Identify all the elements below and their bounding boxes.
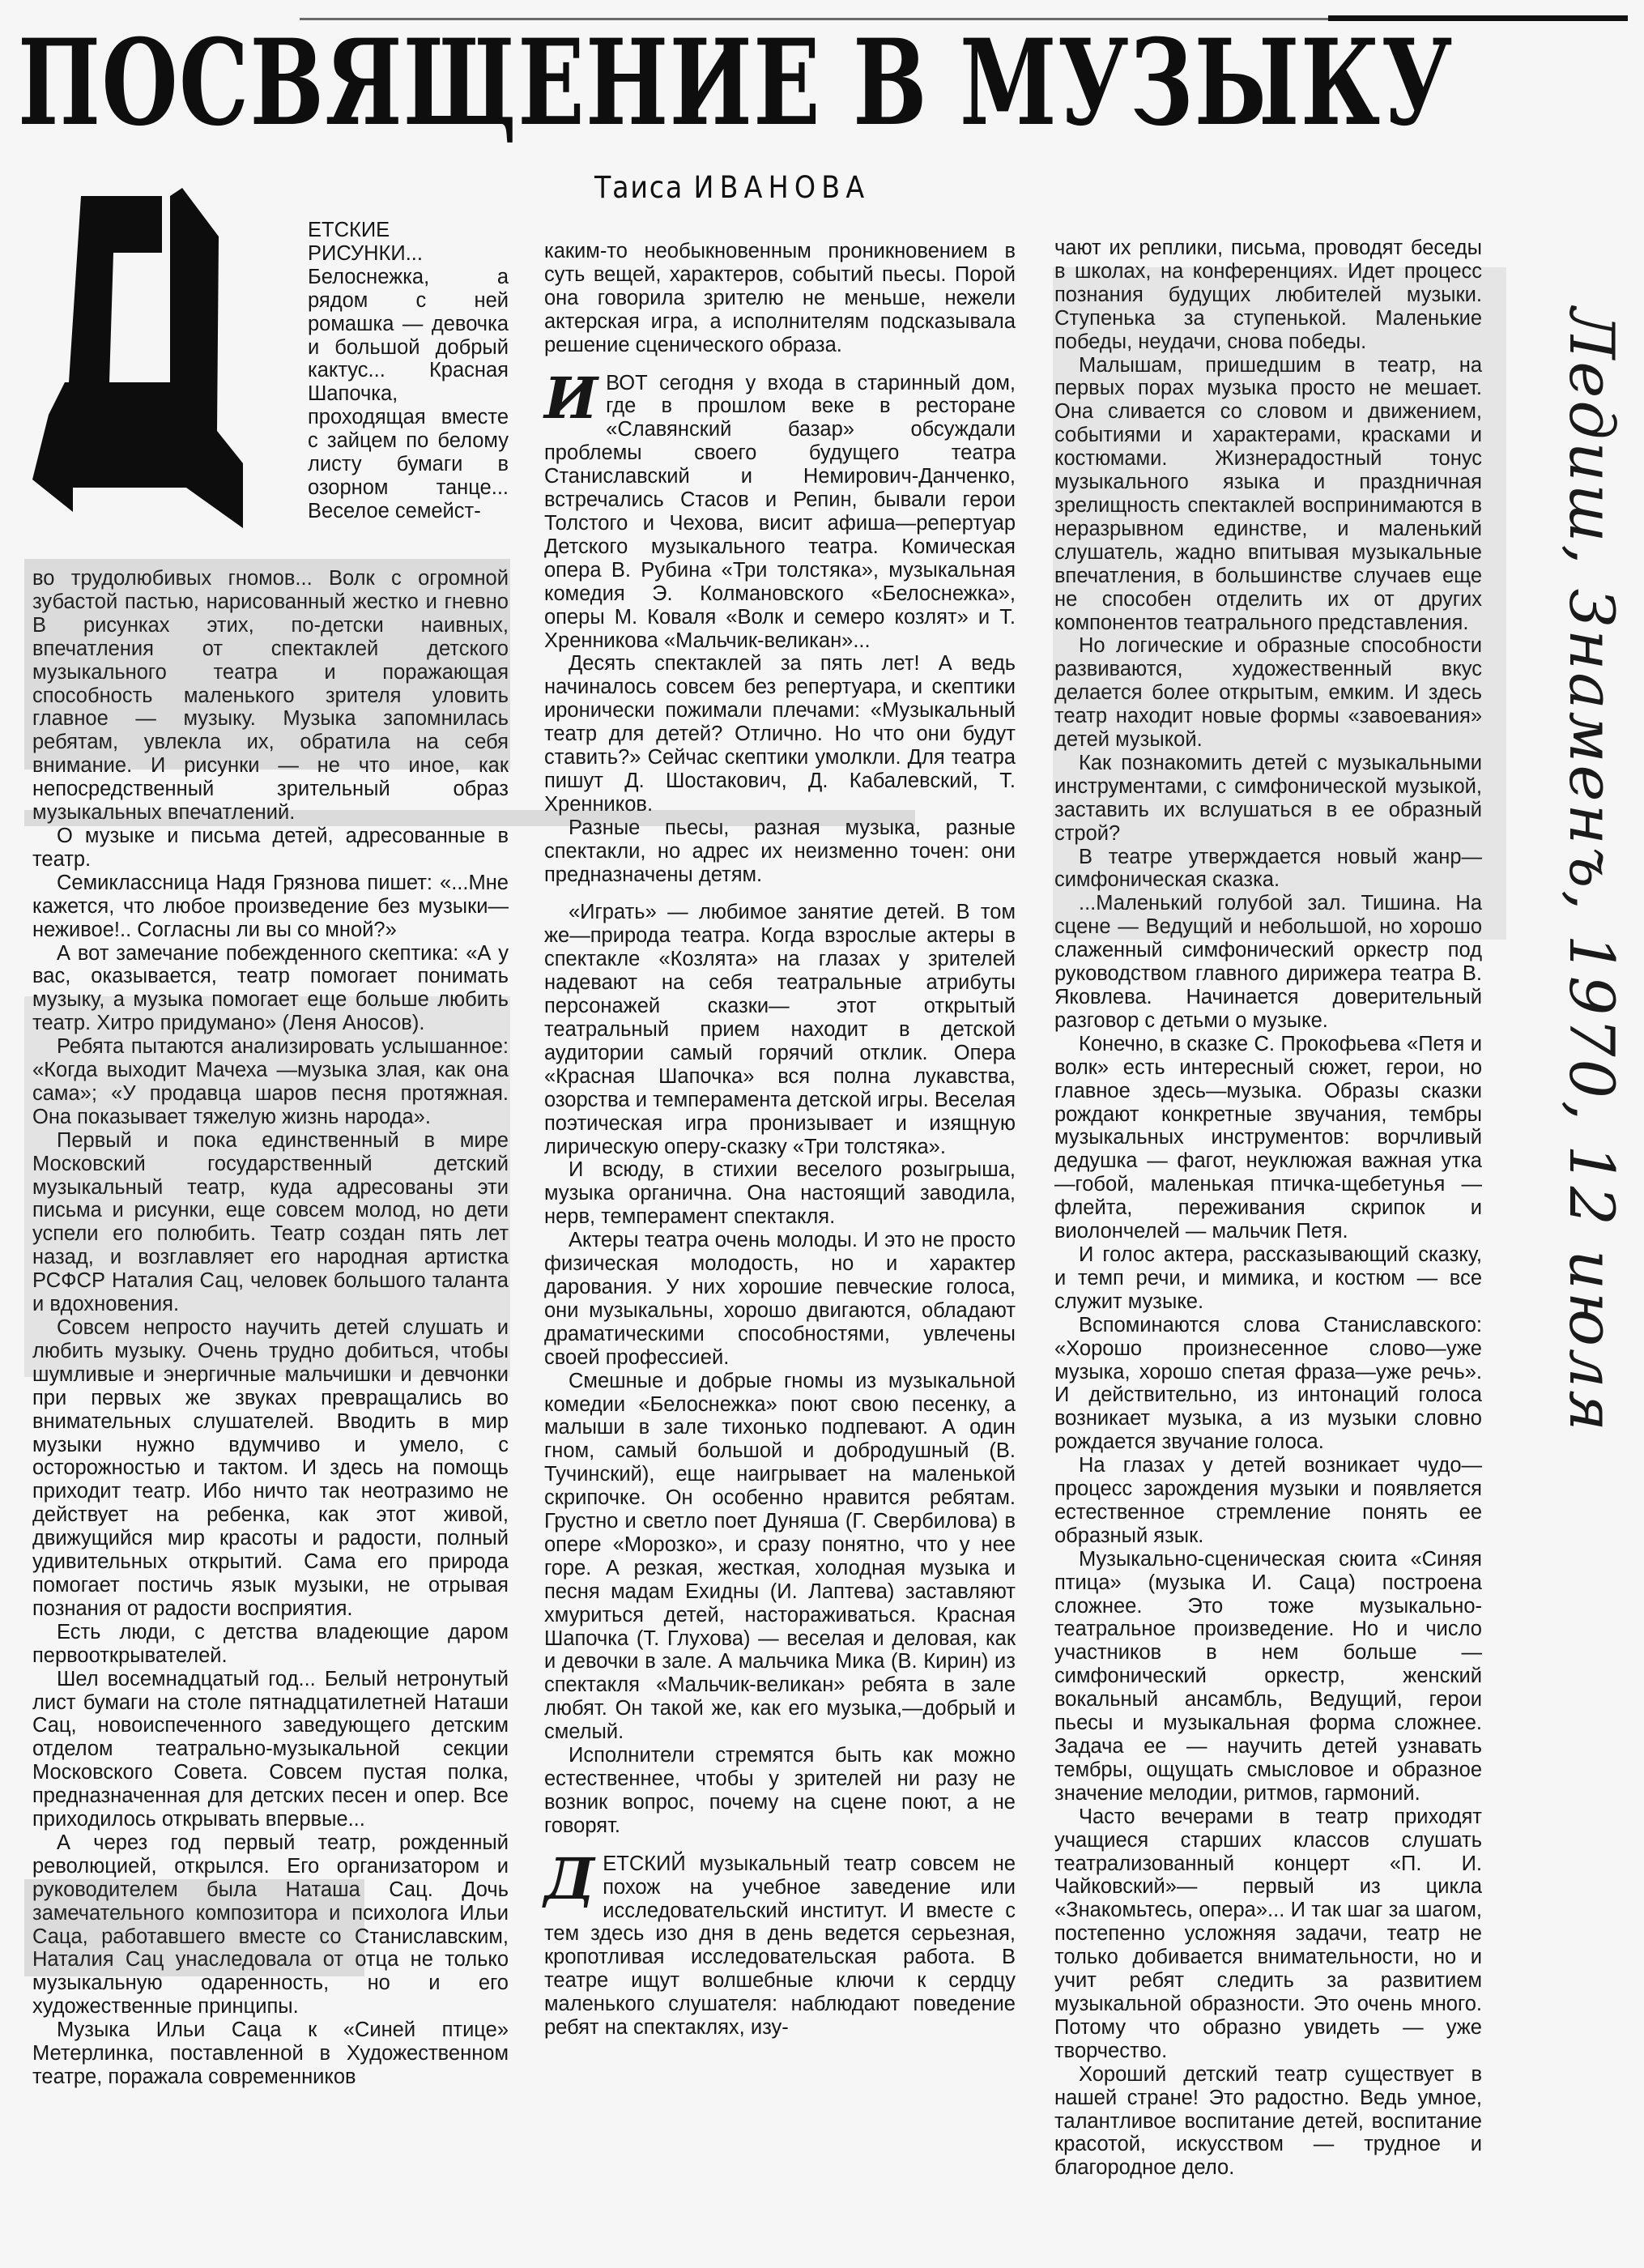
paragraph: «Играть» — любимое занятие детей. В том …: [544, 901, 1016, 1158]
paragraph: Исполнители стремятся быть как можно ест…: [544, 1744, 1016, 1838]
paragraph: каким-то необыкновенным проникновением в…: [544, 240, 1016, 357]
paragraph: Конечно, в сказке С. Прокофьева «Петя и …: [1054, 1033, 1482, 1243]
byline: Таиса ИВАНОВА: [594, 170, 870, 205]
paragraph: И всюду, в стихии веселого розыгрыша, му…: [544, 1158, 1016, 1229]
byline-last-name: ИВАНОВА: [693, 170, 870, 205]
section-dropcap: И: [544, 375, 598, 422]
paragraph-text: ВОТ сегодня у входа в старинный дом, где…: [544, 372, 1016, 652]
column-1: во трудолюбивых гномов... Волк с огромно…: [32, 567, 509, 2089]
paragraph: И голос актера, рассказывающий сказку, и…: [1054, 1243, 1482, 1314]
paragraph: О музыке и письма детей, адресованные в …: [32, 825, 509, 872]
paragraph: Первый и пока единственный в мире Москов…: [32, 1129, 509, 1316]
handwritten-date-note: Ледиш, Знаменъ, 1970, 12 июля: [1531, 308, 1628, 1328]
paragraph: Малышам, пришедшим в театр, на первых по…: [1054, 354, 1482, 635]
paragraph: Актеры театра очень молоды. И это не про…: [544, 1229, 1016, 1369]
column-2: каким-то необыкновенным проникновением в…: [544, 240, 1016, 2040]
dropcap-letter-icon: [32, 188, 292, 561]
paragraph: Семиклассница Надя Грязнова пишет: «...М…: [32, 872, 509, 942]
paragraph: Часто вечерами в театр приходят учащиеся…: [1054, 1805, 1482, 2063]
headline: ПОСВЯЩЕНИЕ В МУЗЫКУ: [18, 23, 1127, 144]
paragraph-text: ЕТСКИЙ музыкальный театр совсем не похож…: [544, 1852, 1016, 2039]
paragraph: Музыкально-сценическая сюита «Синяя птиц…: [1054, 1548, 1482, 1805]
byline-first-name: Таиса: [594, 170, 684, 205]
section-paragraph: Д ЕТСКИЙ музыкальный театр совсем не пох…: [544, 1852, 1016, 2040]
paragraph: Ребята пытаются анализировать услышанное…: [32, 1035, 509, 1129]
paragraph: Вспоминаются слова Станиславского: «Хоро…: [1054, 1314, 1482, 1454]
paragraph: Хороший детский театр существует в нашей…: [1054, 2063, 1482, 2181]
paragraph: Шел восемнадцатый год... Белый нетронуты…: [32, 1668, 509, 1831]
paragraph: А через год первый театр, рожденный рево…: [32, 1831, 509, 2019]
paragraph: Смешные и добрые гномы из музыкальной ко…: [544, 1370, 1016, 1745]
paragraph: В театре утверждается новый жанр— симфон…: [1054, 846, 1482, 893]
section-dropcap: Д: [544, 1856, 594, 1903]
column-3: чают их реплики, письма, проводят беседы…: [1054, 237, 1482, 2180]
paragraph: Совсем непросто научить детей слушать и …: [32, 1316, 509, 1621]
section-paragraph: И ВОТ сегодня у входа в старинный дом, г…: [544, 372, 1016, 653]
paragraph: Разные пьесы, разная музыка, разные спек…: [544, 816, 1016, 887]
paragraph: ...Маленький голубой зал. Тишина. На сце…: [1054, 892, 1482, 1032]
paragraph: Музыка Ильи Саца к «Синей птице» Метерли…: [32, 2019, 509, 2089]
paragraph: А вот замечание побежденного скептика: «…: [32, 942, 509, 1036]
paragraph: Есть люди, с детства владеющие даром пер…: [32, 1621, 509, 1668]
lead-paragraph: ЕТСКИЕ РИСУНКИ... Белоснежка, а рядом с …: [308, 219, 509, 523]
paragraph: На глазах у детей возникает чудо— процес…: [1054, 1454, 1482, 1548]
paragraph: чают их реплики, письма, проводят беседы…: [1054, 237, 1482, 354]
paragraph: Как познакомить детей с музыкальными инс…: [1054, 752, 1482, 846]
paragraph: Но логические и образные способности раз…: [1054, 634, 1482, 752]
paragraph: во трудолюбивых гномов... Волк с огромно…: [32, 567, 509, 825]
paragraph: Десять спектаклей за пять лет! А ведь на…: [544, 652, 1016, 816]
